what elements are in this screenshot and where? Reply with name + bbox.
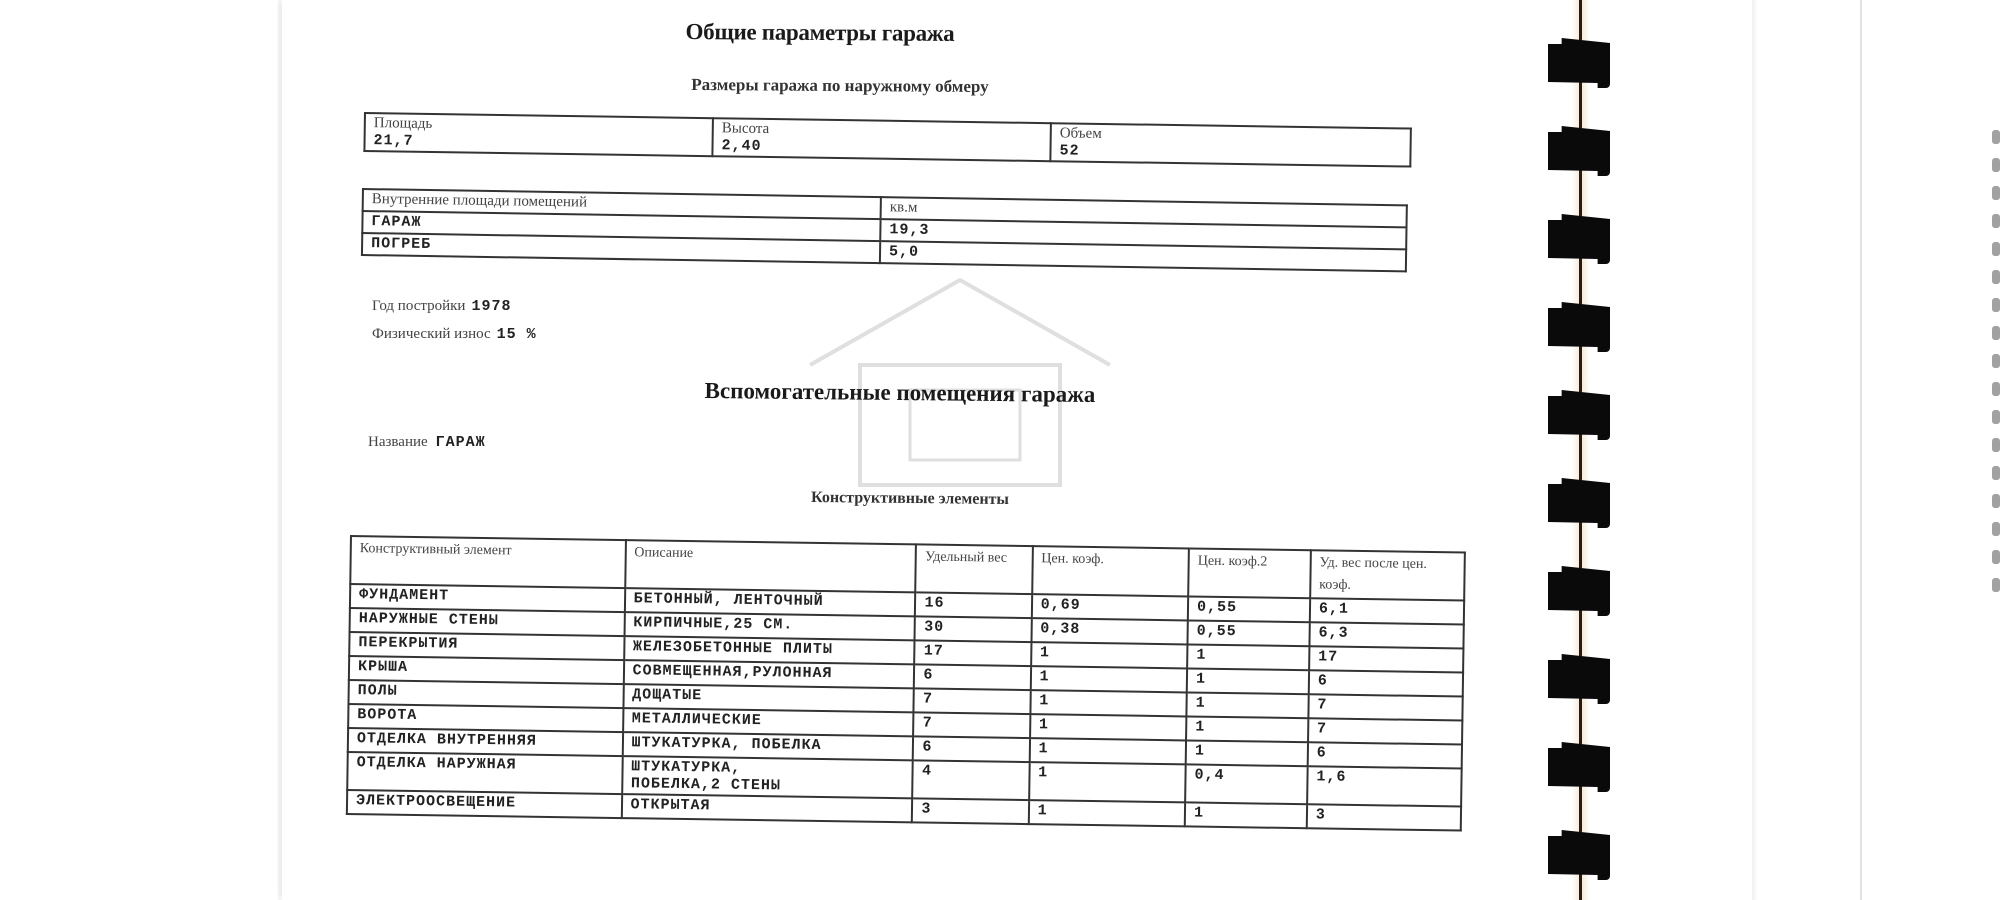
binding-ring-icon bbox=[1548, 830, 1610, 880]
column-header: Цен. коэф. bbox=[1041, 548, 1180, 572]
table-cell: 7 bbox=[914, 712, 1031, 738]
column-header: Удельный вес bbox=[925, 547, 1024, 570]
table-cell: 0,4 bbox=[1185, 764, 1307, 804]
table-cell: 6,3 bbox=[1309, 622, 1463, 648]
adjacent-page bbox=[1752, 0, 2000, 900]
table-cell: 6,1 bbox=[1310, 598, 1464, 624]
table-cell: 1 bbox=[1031, 642, 1188, 668]
table-cell: 7 bbox=[914, 688, 1031, 714]
table-cell: 0,55 bbox=[1188, 596, 1310, 622]
binding-ring-icon bbox=[1548, 302, 1610, 352]
table-cell: 1 bbox=[1186, 740, 1308, 766]
volume-cell: Объем 52 bbox=[1050, 123, 1411, 166]
table-cell: ОТКРЫТАЯ bbox=[621, 794, 912, 822]
column-header: Уд. вес после цен. коэф. bbox=[1319, 552, 1456, 598]
table-cell: 1 bbox=[1030, 690, 1187, 716]
build-year-label: Год постройки bbox=[372, 298, 465, 314]
table-cell: 1 bbox=[1029, 762, 1186, 802]
binding-ring-icon bbox=[1548, 478, 1610, 528]
table-cell: 1 bbox=[1186, 716, 1308, 742]
table-cell: 1 bbox=[1028, 800, 1185, 826]
table-cell: ЭЛЕКТРООСВЕЩЕНИЕ bbox=[347, 790, 622, 818]
table-cell: 6 bbox=[913, 736, 1030, 762]
table-cell: 6 bbox=[1309, 670, 1463, 696]
aux-name-value: ГАРАЖ bbox=[436, 434, 486, 451]
table-cell: 6 bbox=[914, 664, 1031, 690]
table-cell: 17 bbox=[915, 640, 1032, 666]
binding-ring-icon bbox=[1548, 654, 1610, 704]
table-cell: 1 bbox=[1185, 802, 1307, 828]
column-header: Цен. коэф.2 bbox=[1198, 551, 1302, 575]
physical-wear: Физический износ15 % bbox=[372, 326, 537, 343]
table-cell: 7 bbox=[1308, 718, 1462, 744]
height-cell: Высота 2,40 bbox=[712, 118, 1051, 161]
area-value: 21,7 bbox=[373, 132, 703, 154]
build-year: Год постройки1978 bbox=[372, 298, 511, 315]
build-year-value: 1978 bbox=[471, 298, 511, 315]
table-cell: 7 bbox=[1308, 694, 1462, 720]
table-cell: 1 bbox=[1186, 692, 1308, 718]
table-body: ФУНДАМЕНТБЕТОННЫЙ, ЛЕНТОЧНЫЙ160,690,556,… bbox=[347, 584, 1464, 831]
area-cell: Площадь 21,7 bbox=[364, 113, 713, 156]
structural-elements-table: Конструктивный элемент Описание Удельный… bbox=[346, 535, 1466, 832]
binding-ring-icon bbox=[1548, 742, 1610, 792]
table-cell: 0,55 bbox=[1188, 620, 1310, 646]
table-cell: ШТУКАТУРКА, ПОБЕЛКА,2 СТЕНЫ bbox=[622, 756, 913, 798]
table-cell: ОТДЕЛКА НАРУЖНАЯ bbox=[347, 752, 622, 794]
outer-dimensions-subtitle: Размеры гаража по наружному обмеру bbox=[560, 74, 1120, 98]
column-header: Описание bbox=[634, 542, 907, 568]
binding-ring-icon bbox=[1548, 390, 1610, 440]
binding-ring-icon bbox=[1548, 126, 1610, 176]
document-title: Общие параметры гаража bbox=[560, 18, 1080, 48]
spiral-binding-icon bbox=[1548, 0, 1618, 900]
aux-name-line: НазваниеГАРАЖ bbox=[368, 434, 486, 451]
aux-name-label: Название bbox=[368, 434, 428, 450]
table-cell: 16 bbox=[915, 592, 1032, 618]
table-cell: 3 bbox=[1307, 804, 1461, 830]
binding-ring-icon bbox=[1548, 38, 1610, 88]
aux-section-title: Вспомогательные помещения гаража bbox=[640, 377, 1160, 408]
physical-wear-value: 15 % bbox=[497, 326, 537, 343]
table-cell: 1 bbox=[1029, 738, 1186, 764]
table-cell: 0,69 bbox=[1031, 594, 1188, 620]
table-cell: 30 bbox=[915, 616, 1032, 642]
table-cell: 3 bbox=[912, 798, 1029, 824]
height-value: 2,40 bbox=[721, 137, 1041, 159]
table-cell: 4 bbox=[913, 760, 1030, 800]
table-cell: 1 bbox=[1030, 666, 1187, 692]
physical-wear-label: Физический износ bbox=[372, 326, 491, 342]
page-edge-text-fragments bbox=[1988, 120, 2000, 780]
table-cell: 1 bbox=[1187, 644, 1309, 670]
table-cell: 1 bbox=[1187, 668, 1309, 694]
table-cell: 0,38 bbox=[1031, 618, 1188, 644]
table-cell: 1 bbox=[1030, 714, 1187, 740]
binding-ring-icon bbox=[1548, 566, 1610, 616]
binding-ring-icon bbox=[1548, 214, 1610, 264]
column-header: Конструктивный элемент bbox=[360, 538, 617, 564]
table-cell: 6 bbox=[1308, 742, 1462, 768]
table-cell: 1,6 bbox=[1307, 766, 1462, 806]
table-cell: 17 bbox=[1309, 646, 1463, 672]
